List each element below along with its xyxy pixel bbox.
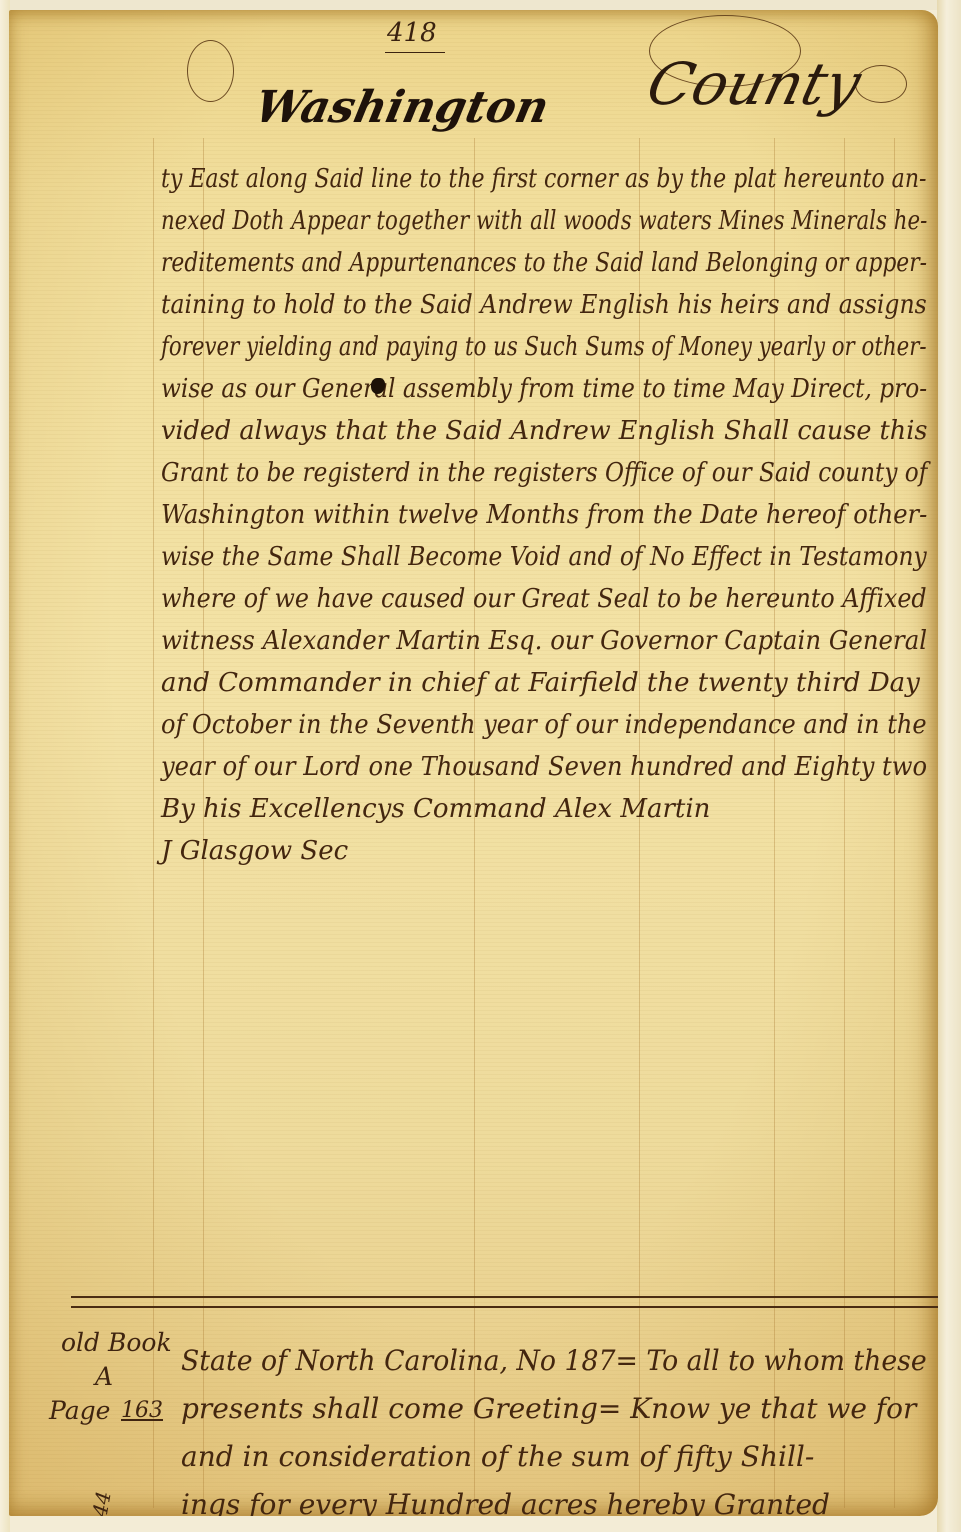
margin-page-number: 163 [121,1398,163,1423]
body-line: vided always that the Said Andrew Englis… [161,416,927,446]
secretary-signature: J Glasgow Sec [161,836,348,866]
body-line: Washington within twelve Months from the… [161,500,927,530]
next-entry-line: ings for every Hundred acres hereby Gran… [181,1488,830,1516]
body-line: wise the Same Shall Become Void and of N… [161,542,927,572]
body-line: nexed Doth Appear together with all wood… [161,206,927,236]
side-number: 44 [88,1489,116,1516]
page-number-underline [385,52,445,53]
ledger-page: 418 Washington County ty East along Said… [9,10,938,1516]
flourish-right [855,65,907,103]
body-line: and Commander in chief at Fairfield the … [161,668,920,698]
scan-backing-top [0,0,961,10]
next-entry-line: presents shall come Greeting= Know ye th… [181,1392,916,1425]
signature-line: By his Excellencys Command Alex Martin [161,794,710,824]
body-line: Grant to be registerd in the registers O… [161,458,927,488]
body-line: taining to hold to the Said Andrew Engli… [161,290,927,320]
county-label-heading: County [641,50,868,118]
ruled-margin-line [153,138,154,1508]
entry-separator-rule [71,1296,938,1298]
body-line: of October in the Seventh year of our in… [161,710,927,740]
body-line: reditements and Appurtenances to the Sai… [161,248,927,278]
body-line: wise as our General assembly from time t… [161,374,927,404]
body-line: where of we have caused our Great Seal t… [161,584,927,614]
county-name-heading: Washington [251,82,554,133]
body-line: witness Alexander Martin Esq. our Govern… [161,626,927,656]
entry-separator-rule [71,1306,938,1308]
next-entry-line: and in consideration of the sum of fifty… [181,1440,814,1473]
next-entry-line: State of North Carolina, No 187= To all … [181,1344,927,1377]
flourish-left [187,40,234,102]
body-line: forever yielding and paying to us Such S… [161,332,927,362]
margin-note-page-label: Page [49,1396,110,1425]
page-number: 418 [387,18,437,48]
margin-note-book-letter: A [95,1362,113,1391]
body-line: year of our Lord one Thousand Seven hund… [161,752,927,782]
margin-note-old-book: old Book [61,1328,172,1357]
scan-backing-right [937,0,961,1532]
body-line: ty East along Said line to the first cor… [161,164,926,194]
